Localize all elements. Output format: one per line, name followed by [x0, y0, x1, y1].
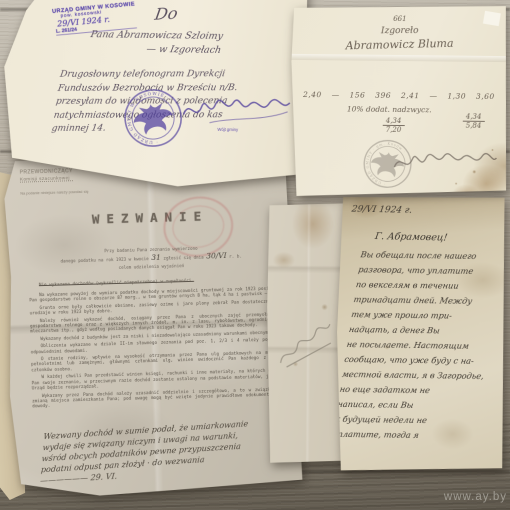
fraction-numerator: 4,34 — [383, 117, 405, 125]
notice-line: r. b. — [229, 253, 242, 258]
handwritten-line: Drugosłowny telefonogram Dyrekcji — [59, 68, 305, 82]
person-name: Abramowicz Bluma — [291, 35, 507, 53]
notice-line: danego podatku na rok 1923 w kwocie — [60, 256, 148, 263]
handwritten-insert: 30/VI — [206, 251, 227, 261]
paper-sheet: PRZEWODNICZĄCY Komisji szacunkowej Na po… — [3, 150, 302, 498]
fold-crease — [291, 54, 507, 62]
document-wezwanie-summons: PRZEWODNICZĄCY Komisji szacunkowej Na po… — [3, 150, 302, 498]
addressee-place: — w Izgorełach — [145, 44, 222, 56]
eagle-seal-stamp-icon: · URZĄD GMINY W KOSOWIE · — [118, 83, 189, 157]
notice-line: zgłosić się dnia — [163, 255, 203, 261]
site-watermark: www.ay.by — [444, 491, 507, 503]
paper-sheet: 661 Izgoreło Abramowicz Bluma 2,40 — 156… — [290, 4, 508, 198]
fraction-total: 4,34 7,20 — [383, 117, 405, 134]
salutation: Do — [153, 4, 179, 24]
document-cyrillic-letter: 29/VI 1924 г. Г. Абрамовец! Вы обещали п… — [334, 194, 508, 473]
addressee-name: Pana Abramowicza Szloimy — [90, 29, 224, 42]
document-telegram-note: URZĄD GMINY W KOSOWIE pow. kossowski 29/… — [3, 0, 308, 188]
handwritten-insert: 31 — [151, 253, 161, 262]
foxing-stains — [408, 99, 509, 200]
fraction-denominator: 7,20 — [383, 125, 405, 134]
paper-sheet: URZĄD GMINY W KOSOWIE pow. kossowski 29/… — [3, 0, 308, 188]
letter-body: Вы обещали после нашегоразговора, что уп… — [332, 247, 510, 444]
signature-caption: Wójt gminy — [217, 127, 238, 132]
letter-date: 29/VI 1924 г. — [351, 205, 413, 216]
letter-salutation: Г. Абрамовец! — [374, 231, 448, 243]
paper-sheet: 29/VI 1924 г. Г. Абрамовец! Вы обещали п… — [334, 194, 508, 473]
photo-of-documents: URZĄD GMINY W KOSOWIE pow. kossowski 29/… — [0, 0, 510, 510]
document-account-slip: 661 Izgoreło Abramowicz Bluma 2,40 — 156… — [290, 4, 508, 198]
typed-paragraphs: Na wykazane powyżej do wymiaru podatku d… — [29, 286, 282, 412]
slip-number: 661 — [292, 14, 508, 24]
place-name: Izgoreło — [292, 25, 508, 37]
notice-line: celem udzielenia wyjaśnień — [119, 263, 185, 270]
handwritten-line: уплатите, тогда я — [332, 427, 486, 444]
